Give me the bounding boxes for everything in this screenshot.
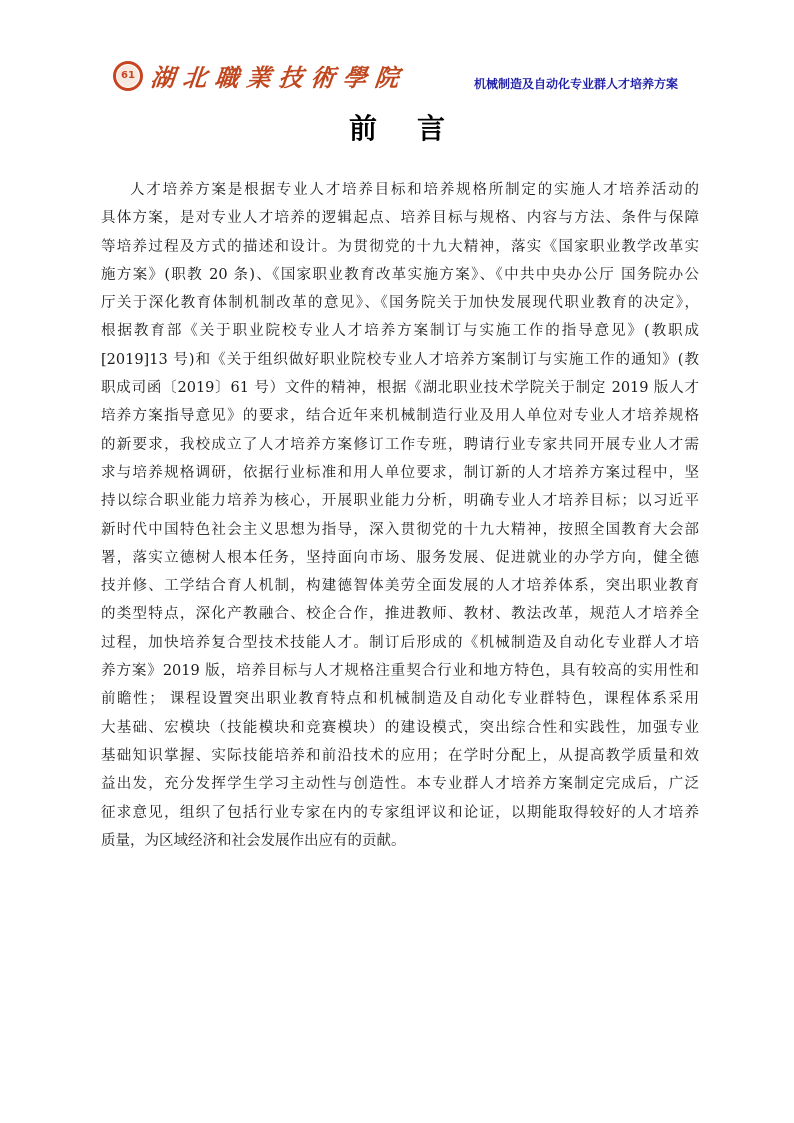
seal-number: 61	[116, 64, 140, 88]
text-line: 的类型特点，深化产教融合、校企合作，推进教师、教材、教法改革，规范人才培养全	[101, 600, 699, 628]
text-line: 培养方案指导意见》的要求，结合近年来机械制造行业及用人单位对专业人才培养规格	[101, 402, 699, 430]
text-line: [2019]13 号)和《关于组织做好职业院校专业人才培养方案制订与实施工作的通…	[101, 346, 699, 374]
school-name: 湖北職業技術學院	[149, 58, 409, 93]
text-line: 署，落实立德树人根本任务，坚持面向市场、服务发展、促进就业的办学方向，健全德	[101, 544, 699, 572]
text-line: 质量，为区域经济和社会发展作出应有的贡献。	[101, 827, 699, 855]
text-line: 根据教育部《关于职业院校专业人才培养方案制订与实施工作的指导意见》(教职成	[101, 317, 699, 345]
page-header: 61 湖北職業技術學院 机械制造及自动化专业群人才培养方案	[0, 0, 794, 100]
text-line: 的新要求，我校成立了人才培养方案修订工作专班，聘请行业专家共同开展专业人才需	[101, 431, 699, 459]
text-line: 新时代中国特色社会主义思想为指导，深入贯彻党的十九大精神，按照全国教育大会部	[101, 516, 699, 544]
text-line: 前瞻性； 课程设置突出职业教育特点和机械制造及自动化专业群特色，课程体系采用	[101, 685, 699, 713]
text-line: 等培养过程及方式的描述和设计。为贯彻党的十九大精神，落实《国家职业教学改革实	[101, 233, 699, 261]
title-char-2: 言	[417, 112, 445, 145]
text-line: 人才培养方案是根据专业人才培养目标和培养规格所制定的实施人才培养活动的	[101, 176, 699, 204]
text-line: 求与培养规格调研，依据行业标准和用人单位要求，制订新的人才培养方案过程中，坚	[101, 459, 699, 487]
text-line: 益出发，充分发挥学生学习主动性与创造性。本专业群人才培养方案制定完成后，广泛	[101, 770, 699, 798]
text-line: 厅关于深化教育体制机制改革的意见》、《国务院关于加快发展现代职业教育的决定》，	[101, 289, 699, 317]
text-line: 过程，加快培养复合型技术技能人才。制订后形成的《机械制造及自动化专业群人才培	[101, 629, 699, 657]
title-char-1: 前	[349, 112, 377, 145]
text-line: 持以综合职业能力培养为核心，开展职业能力分析，明确专业人才培养目标；以习近平	[101, 487, 699, 515]
document-subtitle: 机械制造及自动化专业群人才培养方案	[474, 75, 678, 92]
text-line: 大基础、宏模块（技能模块和竞赛模块）的建设模式，突出综合性和实践性，加强专业	[101, 714, 699, 742]
page-title: 前言	[0, 107, 794, 147]
text-line: 施方案》(职教 20 条)、《国家职业教育改革实施方案》、《中共中央办公厅 国务…	[101, 261, 699, 289]
school-seal-icon: 61	[113, 61, 143, 91]
text-line: 征求意见，组织了包括行业专家在内的专家组评议和论证，以期能取得较好的人才培养	[101, 799, 699, 827]
preface-paragraph: 人才培养方案是根据专业人才培养目标和培养规格所制定的实施人才培养活动的具体方案，…	[101, 176, 699, 855]
text-line: 基础知识掌握、实际技能培养和前沿技术的应用；在学时分配上，从提高教学质量和效	[101, 742, 699, 770]
text-line: 技并修、工学结合育人机制，构建德智体美劳全面发展的人才培养体系，突出职业教育	[101, 572, 699, 600]
text-line: 具体方案，是对专业人才培养的逻辑起点、培养目标与规格、内容与方法、条件与保障	[101, 204, 699, 232]
text-line: 养方案》2019 版，培养目标与人才规格注重契合行业和地方特色，具有较高的实用性…	[101, 657, 699, 685]
school-logo: 61 湖北職業技術學院	[113, 58, 407, 93]
text-line: 职成司函〔2019〕61 号）文件的精神，根据《湖北职业技术学院关于制定 201…	[101, 374, 699, 402]
